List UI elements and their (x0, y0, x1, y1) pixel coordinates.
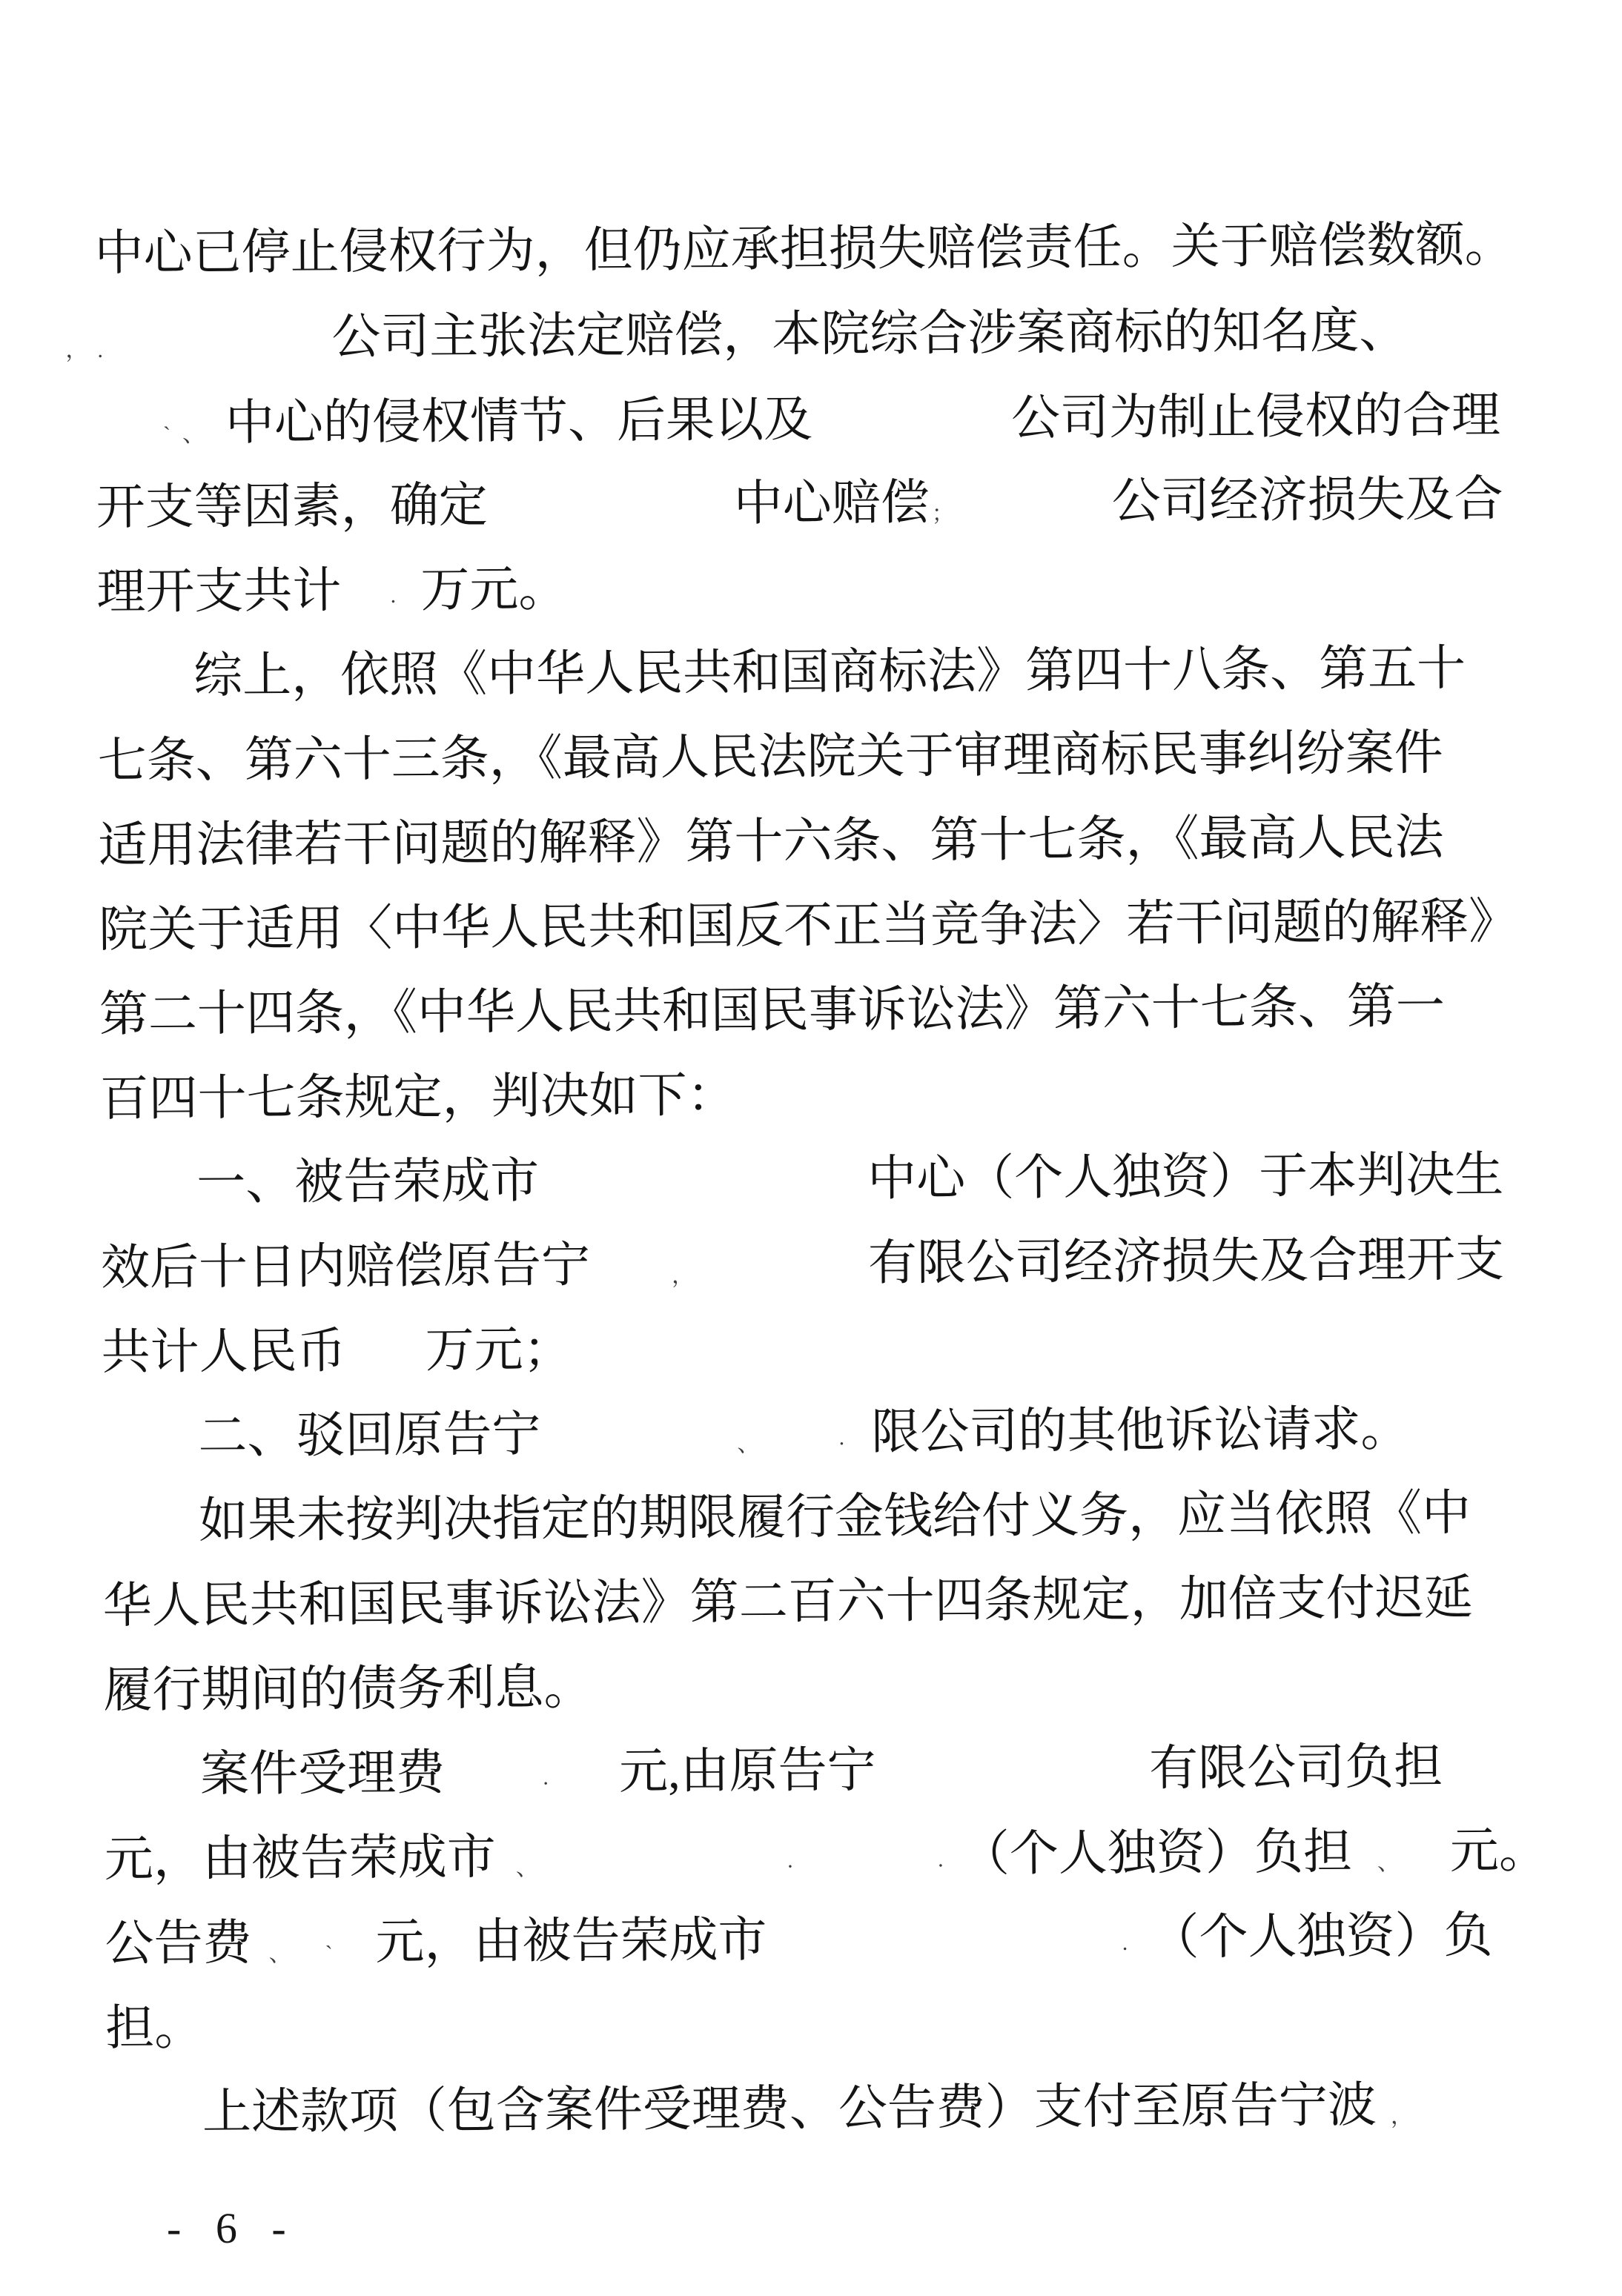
text-layer: 中心已停止侵权行为，但仍应承担损失赔偿责任。关于赔偿数额。，.公司主张法定赔偿，… (0, 0, 1622, 2296)
text-line: 百四十七条规定，判决如下： (0, 1048, 1622, 1142)
redaction-remnant-mark: ， (672, 1261, 694, 1291)
text-run: （个人独资）负 (1150, 1894, 1493, 1980)
text-run: 有限公司负担 (1149, 1725, 1443, 1811)
text-run: 公告费 (105, 1902, 252, 1987)
redaction-remnant-mark: 、 (182, 420, 205, 450)
text-line: 华人民共和国民事诉讼法》第二百六十四条规定，加倍支付迟延 (2, 1555, 1622, 1649)
text-run: 案件受理费 (200, 1731, 446, 1817)
text-run: 第二十四条，《中华人民共和国民事诉讼法》第六十七条、第一 (99, 965, 1446, 1058)
text-run: 限公司的其他诉讼请求。 (871, 1387, 1410, 1475)
text-run: 万元； (425, 1308, 572, 1393)
text-run: 元,由原告宁 (619, 1728, 876, 1814)
text-run: 元，由被告荣成市 (375, 1898, 767, 1985)
text-line: ，.公司主张法定赔偿，本院综合涉案商标的知名度、 (0, 288, 1618, 382)
text-run: 元。 (1449, 1809, 1548, 1894)
redaction-remnant-mark: · (937, 1851, 944, 1881)
redaction-remnant-mark: · (389, 587, 397, 617)
text-run: 院关于适用〈中华人民共和国反不正当竞争法〉若干问题的解释》 (99, 880, 1518, 973)
text-line: 七条、第六十三条，《最高人民法院关于审理商标民事纠纷案件 (0, 710, 1620, 804)
redaction-remnant-mark: 、 (1377, 1848, 1400, 1878)
text-run: 有限公司经济损失及合理开支 (868, 1218, 1505, 1306)
text-run: 适用法律若干问题的解释》第十六条、第十七条，《最高人民法 (98, 796, 1444, 889)
text-run: 七条、第六十三条，《最高人民法院关于审理商标民事纠纷案件 (97, 711, 1443, 804)
text-line: 效后十日内赔偿原告宁，有限公司经济损失及合理开支 (1, 1217, 1622, 1311)
redaction-remnant-mark: ` (325, 1940, 333, 1969)
text-line: 公告费、`元，由被告荣成市·（个人独资）负 (4, 1893, 1622, 1987)
text-run: 综上，依照《中华人民共和国商标法》第四十八条、第五十 (193, 627, 1466, 719)
text-run: 履行期间的债务利息。 (103, 1646, 593, 1733)
text-line: 案件受理费·元,由原告宁有限公司负担 (4, 1724, 1622, 1818)
page-number: - 6 - (167, 2195, 298, 2262)
text-line: 院关于适用〈中华人民共和国反不正当竞争法〉若干问题的解释》 (0, 879, 1621, 973)
text-run: 万元。 (420, 548, 568, 633)
redaction-remnant-mark: · (542, 1769, 549, 1799)
text-run: 担。 (105, 1986, 204, 2071)
text-line: `、中心的侵权情节、后果以及公司为制止侵权的合理 (0, 373, 1618, 467)
redaction-remnant-mark: · (1121, 1934, 1128, 1964)
text-run: 共计人民币 (101, 1310, 346, 1396)
redaction-remnant-mark: · (787, 1852, 794, 1882)
redaction-remnant-mark: · (838, 1430, 845, 1459)
text-line: 中心已停止侵权行为，但仍应承担损失赔偿责任。关于赔偿数额。 (0, 202, 1617, 296)
text-run: 华人民共和国民事诉讼法》第二百六十四条规定，加倍支付迟延 (102, 1556, 1473, 1649)
text-run: 公司经济损失及合 (1111, 457, 1503, 544)
redaction-remnant-mark: ， (1391, 2102, 1413, 2131)
text-line: 履行期间的债务利息。 (3, 1639, 1622, 1733)
text-run: 公司为制止侵权的合理 (1011, 374, 1501, 461)
text-line: 上述款项（包含案件受理费、公告费）支付至原告宁波， (6, 2062, 1622, 2156)
text-run: 中心的侵权情节、后果以及 (225, 378, 813, 466)
text-line: 如果未按判决指定的期限履行金钱给付义务，应当依照《中 (2, 1470, 1622, 1565)
text-line: 开支等因素，确定中心赔偿；公司经济损失及合 (0, 457, 1618, 551)
text-run: 中心（个人独资）于本判决生 (867, 1133, 1504, 1221)
text-run: （个人独资）负担 (960, 1811, 1352, 1897)
text-line: 元，由被告荣成市、··（个人独资）负担、元。 (4, 1808, 1622, 1902)
text-line: 第二十四条，《中华人民共和国民事诉讼法》第六十七条、第一 (0, 963, 1621, 1058)
text-run: 一、被告荣成市 (196, 1139, 540, 1226)
text-run: 公司主张法定赔偿，本院综合涉案商标的知名度、 (331, 289, 1409, 380)
text-line: 担。 (5, 1977, 1622, 2071)
text-line: 共计人民币万元； (1, 1301, 1622, 1396)
text-run: 中心已停止侵权行为，但仍应承担损失赔偿责任。关于赔偿数额。 (94, 203, 1514, 296)
document-page: 中心已停止侵权行为，但仍应承担损失赔偿责任。关于赔偿数额。，.公司主张法定赔偿，… (0, 0, 1622, 2296)
text-line: 综上，依照《中华人民共和国商标法》第四十八条、第五十 (0, 626, 1619, 720)
text-run: 理开支共计 (96, 549, 342, 635)
text-line: 二、驳回原告宁、·限公司的其他诉讼请求。 (1, 1386, 1622, 1480)
text-line: 适用法律若干问题的解释》第十六条、第十七条，《最高人民法 (0, 794, 1621, 889)
text-run: 二、驳回原告宁 (198, 1393, 541, 1479)
redaction-remnant-mark: ` (163, 420, 171, 450)
text-run: 中心赔偿 (733, 461, 930, 547)
text-run: 上述款项（包含案件受理费、公告费）支付至原告宁波 (202, 2063, 1377, 2155)
text-run: 如果未按判决指定的期限履行金钱给付义务，应当依照《中 (199, 1472, 1472, 1564)
redaction-remnant-mark: 、 (737, 1430, 759, 1459)
redaction-remnant-mark: 、 (516, 1854, 538, 1883)
redaction-remnant-mark: . (97, 336, 103, 365)
text-run: 百四十七条规定，判决如下： (99, 1054, 736, 1142)
redaction-remnant-mark: ， (65, 336, 87, 365)
text-line: 一、被告荣成市中心（个人独资）于本判决生 (0, 1132, 1622, 1227)
redaction-remnant-mark: 、 (269, 1940, 291, 1969)
text-run: 元，由被告荣成市 (105, 1816, 497, 1902)
text-run: 开支等因素，确定 (96, 464, 488, 551)
redaction-remnant-mark: ； (932, 500, 954, 529)
text-line: 理开支共计·万元。 (0, 541, 1619, 635)
text-run: 效后十日内赔偿原告宁 (101, 1224, 591, 1311)
